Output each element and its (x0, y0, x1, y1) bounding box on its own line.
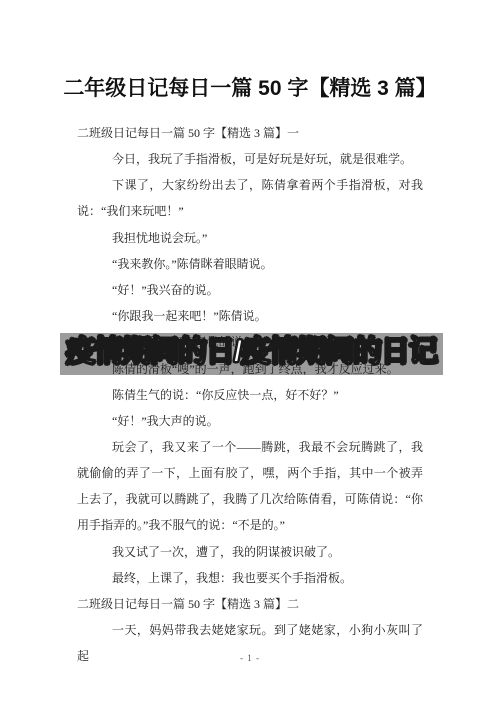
paragraph: 最终，上课了，我想：我也要买个手指滑板。 (77, 565, 423, 591)
paragraph: 陈倩生气的说：“你反应快一点，好不好？” (77, 382, 423, 408)
showthrough-text-line: 陈倩的滑板“嗖”的一声，跑到了终点，我才反应过来。 (112, 362, 399, 375)
paragraph: “好！”我大声的说。 (77, 408, 423, 434)
paragraph: 玩会了，我又来了一个——腾跳，我最不会玩腾跳了，我就偷偷的弄了一下，上面有胶了，… (77, 434, 423, 539)
paragraph: “我来教你。”陈倩眯着眼睛说。 (77, 251, 423, 277)
page-number: - 1 - (0, 652, 500, 664)
paragraph: “好！”我兴奋的说。 (77, 277, 423, 303)
document-title: 二年级日记每日一篇 50 字【精选 3 篇】 (0, 76, 500, 102)
paragraph: 二班级日记每日一篇 50 字【精选 3 篇】二 (77, 591, 423, 617)
paragraph: 今日，我玩了手指滑板，可是好玩是好玩，就是很难学。 (77, 146, 423, 172)
paragraph: 我担忧地说会玩。” (77, 225, 423, 251)
paragraph: 我又试了一次，遭了，我的阴谋被识破了。 (77, 539, 423, 565)
document-page: 二年级日记每日一篇 50 字【精选 3 篇】 二班级日记每日一篇 50 字【精选… (0, 0, 500, 706)
document-body: 二班级日记每日一篇 50 字【精选 3 篇】一今日，我玩了手指滑板，可是好玩是好… (77, 120, 423, 669)
paragraph: “你跟我一起来吧！”陈倩说。 (77, 303, 423, 329)
overlay-banner: “好！”我又有点担忧的说。 疫情期间的日/疫情期间的日记 陈倩的滑板“嗖”的一声… (60, 333, 443, 375)
paragraph: 下课了，大家纷纷出去了，陈倩拿着两个手指滑板，对我说：“我们来玩吧！” (77, 172, 423, 224)
paragraph: 二班级日记每日一篇 50 字【精选 3 篇】一 (77, 120, 423, 146)
